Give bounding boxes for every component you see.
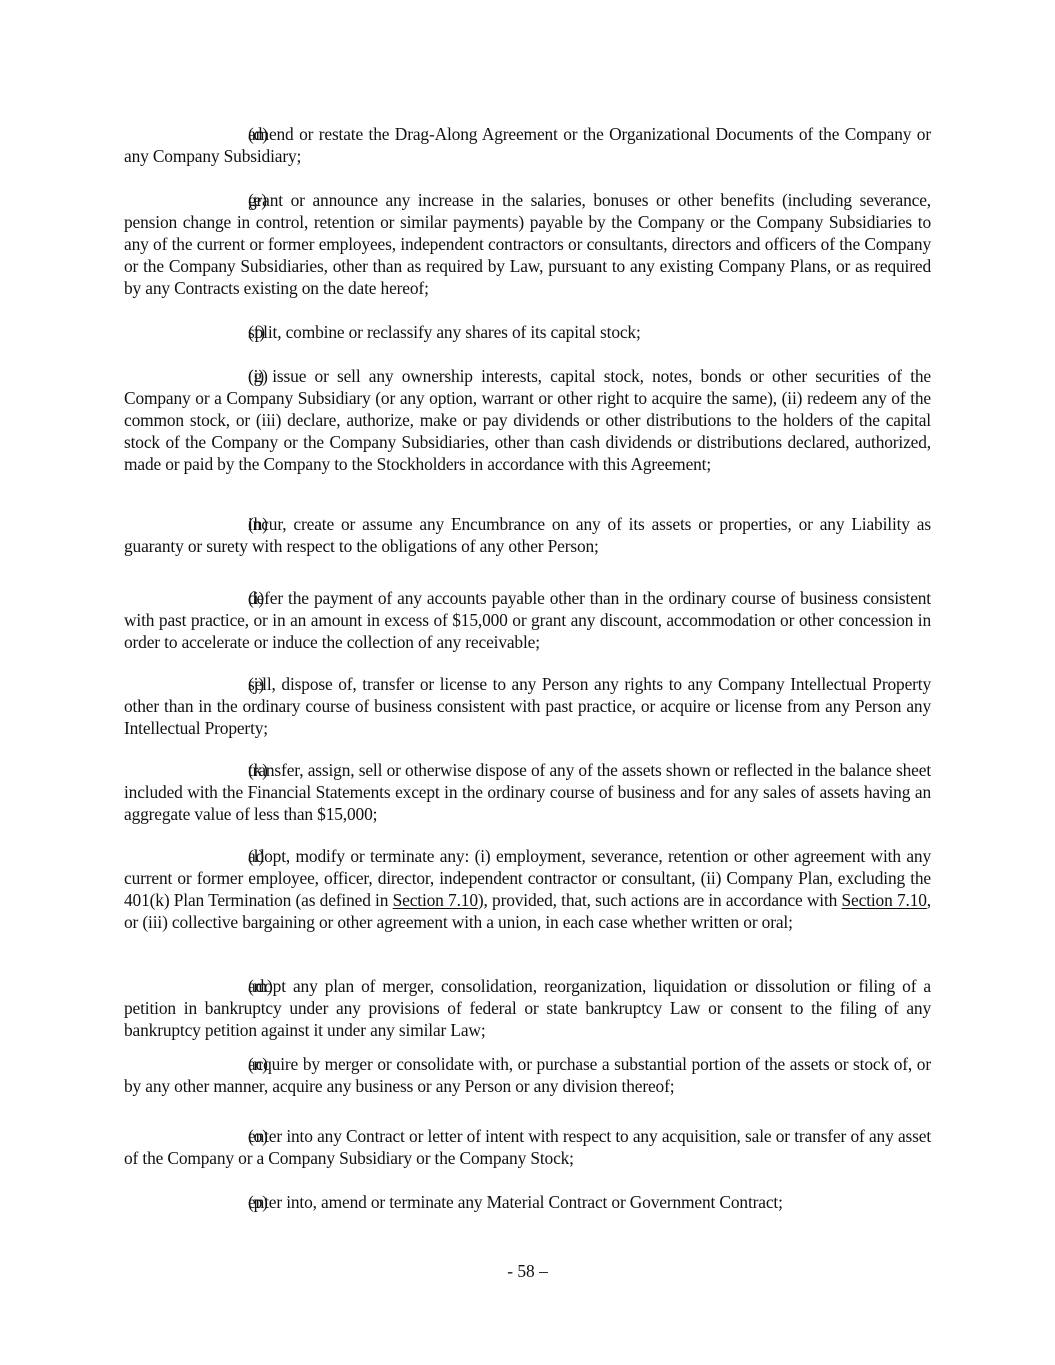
clause-e: (e)grant or announce any increase in the… (124, 189, 931, 299)
clause-label: (e) (186, 189, 248, 211)
section-7-10-reference-link-2[interactable]: Section 7.10 (842, 890, 927, 910)
clause-p: (p)enter into, amend or terminate any Ma… (124, 1191, 931, 1213)
clause-label: (l) (186, 845, 248, 867)
clause-k: (k)transfer, assign, sell or otherwise d… (124, 759, 931, 825)
clause-o: (o)enter into any Contract or letter of … (124, 1125, 931, 1169)
clause-label: (n) (186, 1053, 248, 1075)
clause-text: enter into, amend or terminate any Mater… (248, 1192, 783, 1212)
clause-label: (f) (186, 321, 248, 343)
page-number: - 58 – (0, 1261, 1055, 1282)
clause-n: (n)acquire by merger or consolidate with… (124, 1053, 931, 1097)
clause-label: (g) (186, 365, 248, 387)
clause-f: (f)split, combine or reclassify any shar… (124, 321, 931, 343)
clause-text-part-2: ), provided, that, such actions are in a… (478, 890, 842, 910)
clause-m: (m)adopt any plan of merger, consolidati… (124, 975, 931, 1041)
clause-d: (d)amend or restate the Drag-Along Agree… (124, 123, 931, 167)
clause-g: (g)(i) issue or sell any ownership inter… (124, 365, 931, 475)
clause-label: (p) (186, 1191, 248, 1213)
clause-j: (j)sell, dispose of, transfer or license… (124, 673, 931, 739)
clause-label: (d) (186, 123, 248, 145)
clause-label: (m) (186, 975, 248, 997)
clause-label: (j) (186, 673, 248, 695)
clause-label: (o) (186, 1125, 248, 1147)
clause-i: (i)defer the payment of any accounts pay… (124, 587, 931, 653)
clause-text: split, combine or reclassify any shares … (248, 322, 641, 342)
clause-l: (l)adopt, modify or terminate any: (i) e… (124, 845, 931, 933)
section-7-10-reference-link[interactable]: Section 7.10 (393, 890, 478, 910)
clause-h: (h)incur, create or assume any Encumbran… (124, 513, 931, 557)
clause-label: (k) (186, 759, 248, 781)
clause-label: (i) (186, 587, 248, 609)
clause-label: (h) (186, 513, 248, 535)
